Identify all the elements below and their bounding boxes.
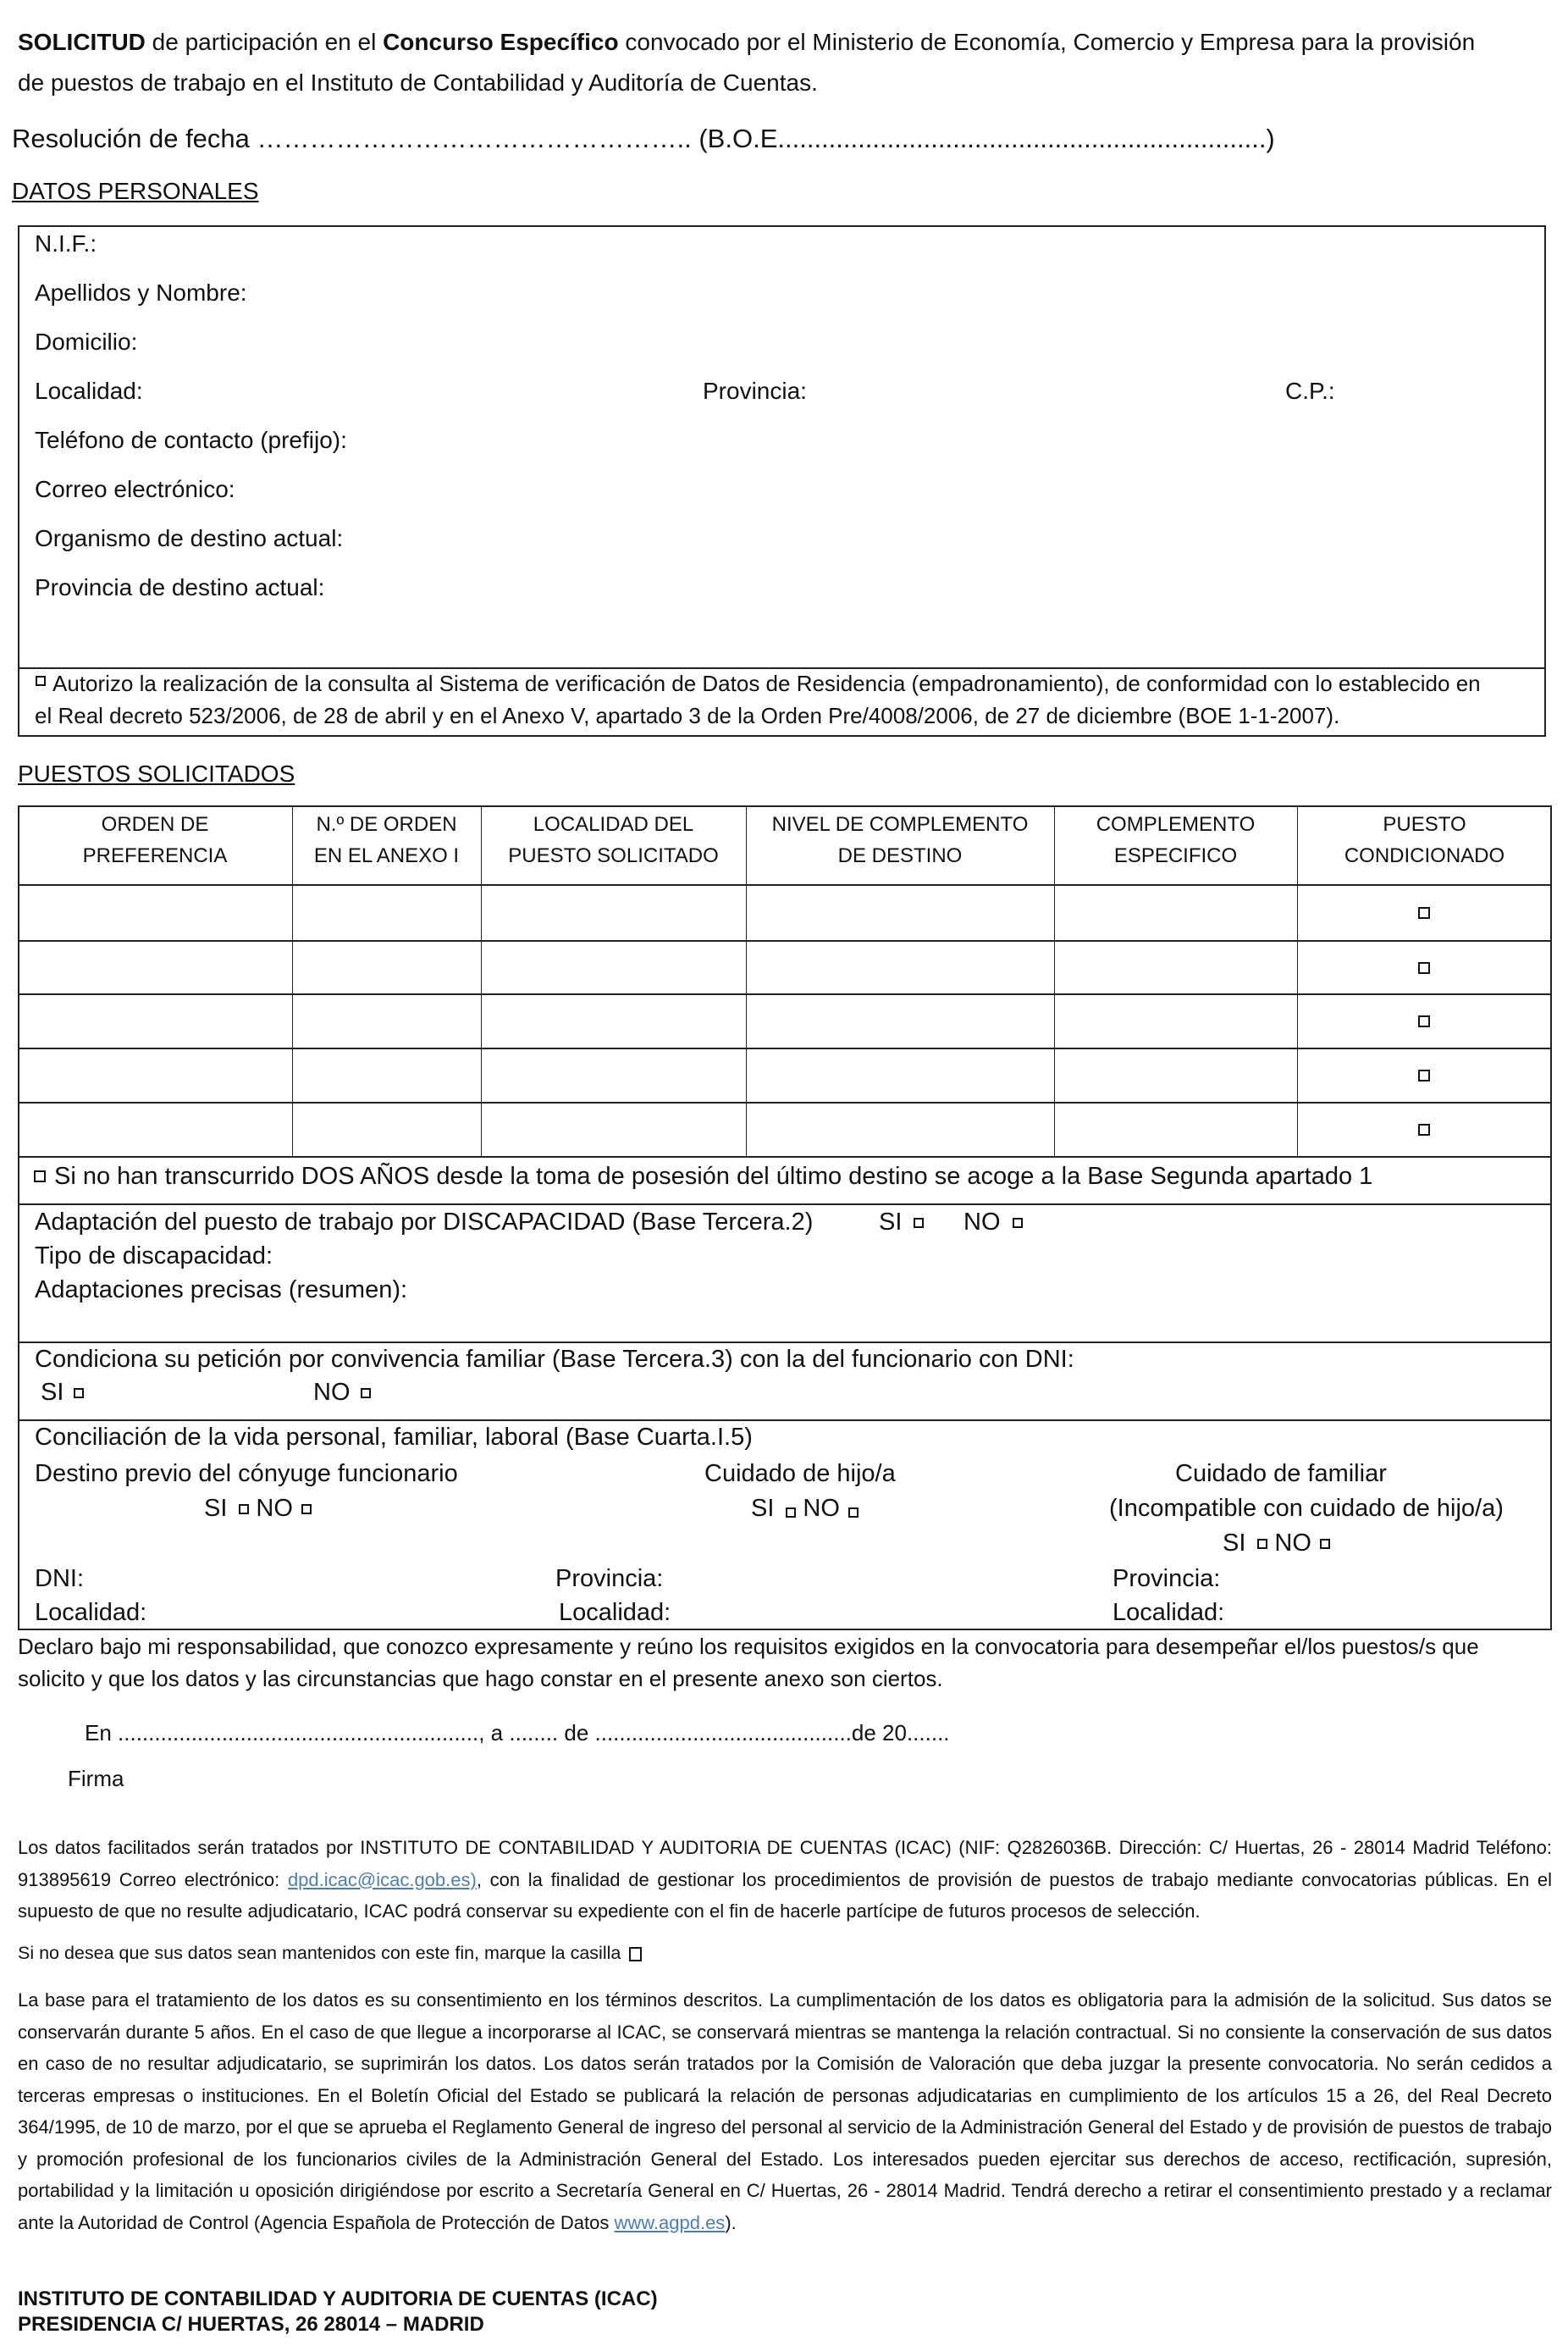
footer-line2: PRESIDENCIA C/ HUERTAS, 26 28014 – MADRI… <box>18 2312 484 2337</box>
correo-field[interactable]: Correo electrónico: <box>35 476 235 503</box>
puesto-condicionado-checkbox[interactable] <box>1418 962 1430 974</box>
declaracion-line1: Declaro bajo mi responsabilidad, que con… <box>18 1634 1479 1660</box>
divider <box>18 667 1546 669</box>
nif-field[interactable]: N.I.F.: <box>35 230 97 257</box>
datos-personales-box <box>18 225 1546 737</box>
row-divider <box>18 1341 1552 1343</box>
lugar-fecha-field[interactable]: En .....................................… <box>85 1720 950 1746</box>
table-cell[interactable] <box>1056 995 1295 1046</box>
tipo-discapacidad-field[interactable]: Tipo de discapacidad: <box>35 1242 273 1270</box>
hijo-no-checkbox[interactable] <box>848 1507 859 1518</box>
column-header-line: N.º DE ORDEN <box>292 809 481 840</box>
convivencia-title: Condiciona su petición por convivencia f… <box>35 1346 1074 1374</box>
no-label: NO <box>963 1209 1001 1236</box>
dos-anos-text: Si no han transcurrido DOS AÑOS desde la… <box>54 1163 1372 1190</box>
autorizo-checkbox[interactable] <box>36 676 46 686</box>
column-header-line: PUESTO <box>1297 809 1552 840</box>
column-header-line: LOCALIDAD DEL <box>481 809 746 840</box>
table-cell[interactable] <box>19 1104 290 1154</box>
convivencia-no-checkbox[interactable] <box>361 1388 371 1398</box>
si-label: SI <box>879 1209 902 1236</box>
declaracion-line2: solicito y que los datos y las circunsta… <box>18 1666 943 1692</box>
datos-personales-heading: DATOS PERSONALES <box>12 178 259 205</box>
table-cell[interactable] <box>294 1049 479 1100</box>
autorizo-line1: Autorizo la realización de la consulta a… <box>32 671 1481 697</box>
adaptaciones-field[interactable]: Adaptaciones precisas (resumen): <box>35 1276 407 1304</box>
discapacidad-title: Adaptación del puesto de trabajo por DIS… <box>35 1209 813 1236</box>
convivencia-si-checkbox[interactable] <box>74 1388 84 1398</box>
puesto-condicionado-checkbox[interactable] <box>1418 1124 1430 1136</box>
title-text: de participación en el <box>146 29 383 55</box>
familiar-si-checkbox[interactable] <box>1257 1539 1267 1549</box>
dos-anos-checkbox[interactable] <box>34 1170 46 1182</box>
conyuge-no-checkbox[interactable] <box>301 1504 312 1514</box>
organismo-field[interactable]: Organismo de destino actual: <box>35 525 343 552</box>
discapacidad-si-checkbox[interactable] <box>914 1218 924 1228</box>
apellidos-field[interactable]: Apellidos y Nombre: <box>35 279 247 307</box>
table-cell[interactable] <box>19 1049 290 1100</box>
table-cell[interactable] <box>748 942 1052 992</box>
table-cell[interactable] <box>294 886 479 938</box>
si-label: SI <box>1223 1530 1245 1557</box>
privacidad-text: ). <box>725 2212 736 2233</box>
hijo-options: SINO <box>751 1495 864 1523</box>
provincia-destino-field[interactable]: Provincia de destino actual: <box>35 574 324 601</box>
table-cell[interactable] <box>19 942 290 992</box>
dos-anos-line: Si no han transcurrido DOS AÑOS desde la… <box>34 1163 1372 1191</box>
convivencia-si: SI <box>41 1379 89 1407</box>
column-header-line: DE DESTINO <box>746 840 1054 871</box>
privacidad-text: La base para el tratamiento de los datos… <box>18 1989 1552 2233</box>
familiar-label: Cuidado de familiar <box>1175 1460 1387 1488</box>
table-cell[interactable] <box>483 1104 744 1154</box>
table-cell[interactable] <box>748 1104 1052 1154</box>
row-divider <box>18 1419 1552 1421</box>
cp-field[interactable]: C.P.: <box>1285 378 1335 405</box>
table-cell[interactable] <box>748 1049 1052 1100</box>
table-cell[interactable] <box>483 942 744 992</box>
privacidad-p3: La base para el tratamiento de los datos… <box>18 1984 1552 2238</box>
no-label: NO <box>803 1495 840 1522</box>
familiar-options: SINO <box>1223 1530 1335 1557</box>
table-cell[interactable] <box>19 995 290 1046</box>
discapacidad-no-checkbox[interactable] <box>1013 1218 1023 1228</box>
autorizo-text: Autorizo la realización de la consulta a… <box>52 671 1481 696</box>
table-cell[interactable] <box>294 995 479 1046</box>
row-divider <box>18 1203 1552 1205</box>
familiar-note: (Incompatible con cuidado de hijo/a) <box>1109 1495 1504 1523</box>
table-cell[interactable] <box>483 886 744 938</box>
column-header-line: ORDEN DE <box>18 809 292 840</box>
table-cell[interactable] <box>748 886 1052 938</box>
discapacidad-no: NO <box>963 1209 1028 1236</box>
hijo-si-checkbox[interactable] <box>786 1507 796 1518</box>
table-cell[interactable] <box>294 942 479 992</box>
column-header-line: CONDICIONADO <box>1297 840 1552 871</box>
si-label: SI <box>41 1379 63 1406</box>
puesto-condicionado-checkbox[interactable] <box>1418 907 1430 919</box>
privacidad-p1: Los datos facilitados serán tratados por… <box>18 1832 1552 1928</box>
column-header-line: EN EL ANEXO I <box>292 840 481 871</box>
form-title-line2: de puestos de trabajo en el Instituto de… <box>18 69 818 97</box>
firma-label: Firma <box>68 1766 124 1792</box>
table-cell[interactable] <box>1056 1049 1295 1100</box>
puesto-condicionado-checkbox[interactable] <box>1418 1070 1430 1081</box>
puesto-condicionado-checkbox[interactable] <box>1418 1015 1430 1027</box>
hijo-localidad-field[interactable]: Localidad: <box>559 1599 671 1627</box>
title-concurso: Concurso Específico <box>383 29 619 55</box>
no-label: NO <box>1274 1530 1311 1557</box>
hijo-label: Cuidado de hijo/a <box>704 1460 896 1488</box>
column-header: NIVEL DE COMPLEMENTODE DESTINO <box>746 809 1054 871</box>
conyuge-options: SINO <box>204 1495 317 1523</box>
table-cell[interactable] <box>483 1049 744 1100</box>
column-header-line: ESPECIFICO <box>1054 840 1297 871</box>
column-header: COMPLEMENTOESPECIFICO <box>1054 809 1297 871</box>
localidad-field[interactable]: Localidad: <box>35 378 143 405</box>
convivencia-no: NO <box>313 1379 376 1407</box>
autorizo-line2: el Real decreto 523/2006, de 28 de abril… <box>35 703 1339 729</box>
table-cell[interactable] <box>1056 942 1295 992</box>
si-label: SI <box>204 1495 227 1522</box>
familiar-no-checkbox[interactable] <box>1320 1539 1330 1549</box>
table-cell[interactable] <box>1056 1104 1295 1154</box>
conyuge-si-checkbox[interactable] <box>239 1504 249 1514</box>
conyuge-label: Destino previo del cónyuge funcionario <box>35 1460 458 1488</box>
privacidad-text: Si no desea que sus datos sean mantenido… <box>18 1943 621 1963</box>
column-header: N.º DE ORDENEN EL ANEXO I <box>292 809 481 871</box>
form-title-line1: SOLICITUD de participación en el Concurs… <box>18 29 1475 56</box>
column-header: LOCALIDAD DELPUESTO SOLICITADO <box>481 809 746 871</box>
title-solicitud: SOLICITUD <box>18 29 146 55</box>
conciliacion-provincia-field[interactable]: Provincia: <box>555 1565 663 1593</box>
puestos-heading: PUESTOS SOLICITADOS <box>18 761 295 788</box>
column-header: ORDEN DEPREFERENCIA <box>18 809 292 871</box>
column-header-line: NIVEL DE COMPLEMENTO <box>746 809 1054 840</box>
provincia-field[interactable]: Provincia: <box>703 378 807 405</box>
table-cell[interactable] <box>294 1104 479 1154</box>
agpd-link[interactable]: www.agpd.es <box>614 2212 725 2233</box>
dpd-email-link[interactable]: dpd.icac@icac.gob.es) <box>288 1869 477 1890</box>
table-cell[interactable] <box>748 995 1052 1046</box>
familiar-provincia-field[interactable]: Provincia: <box>1113 1565 1220 1593</box>
table-cell[interactable] <box>483 995 744 1046</box>
conciliacion-localidad-field[interactable]: Localidad: <box>35 1599 146 1627</box>
table-cell[interactable] <box>1056 886 1295 938</box>
table-cell[interactable] <box>19 886 290 938</box>
column-header: PUESTOCONDICIONADO <box>1297 809 1552 871</box>
resolucion-field[interactable]: Resolución de fecha ………………………………………….. (… <box>12 124 1275 154</box>
domicilio-field[interactable]: Domicilio: <box>35 329 137 356</box>
no-label: NO <box>313 1379 351 1406</box>
conciliacion-dni-field[interactable]: DNI: <box>35 1565 84 1593</box>
footer-line1: INSTITUTO DE CONTABILIDAD Y AUDITORIA DE… <box>18 2287 658 2312</box>
row-divider <box>18 1156 1552 1158</box>
no-label: NO <box>256 1495 293 1522</box>
si-label: SI <box>751 1495 774 1522</box>
column-header-line: COMPLEMENTO <box>1054 809 1297 840</box>
discapacidad-si: SI <box>879 1209 929 1236</box>
title-text: convocado por el Ministerio de Economía,… <box>619 29 1476 55</box>
privacidad-p2: Si no desea que sus datos sean mantenido… <box>18 1943 647 1964</box>
column-header-line: PUESTO SOLICITADO <box>481 840 746 871</box>
telefono-field[interactable]: Teléfono de contacto (prefijo): <box>35 427 347 454</box>
column-header-line: PREFERENCIA <box>18 840 292 871</box>
familiar-localidad-field[interactable]: Localidad: <box>1113 1599 1224 1627</box>
no-mantener-checkbox[interactable] <box>629 1947 642 1961</box>
conciliacion-title: Conciliación de la vida personal, famili… <box>35 1424 753 1452</box>
